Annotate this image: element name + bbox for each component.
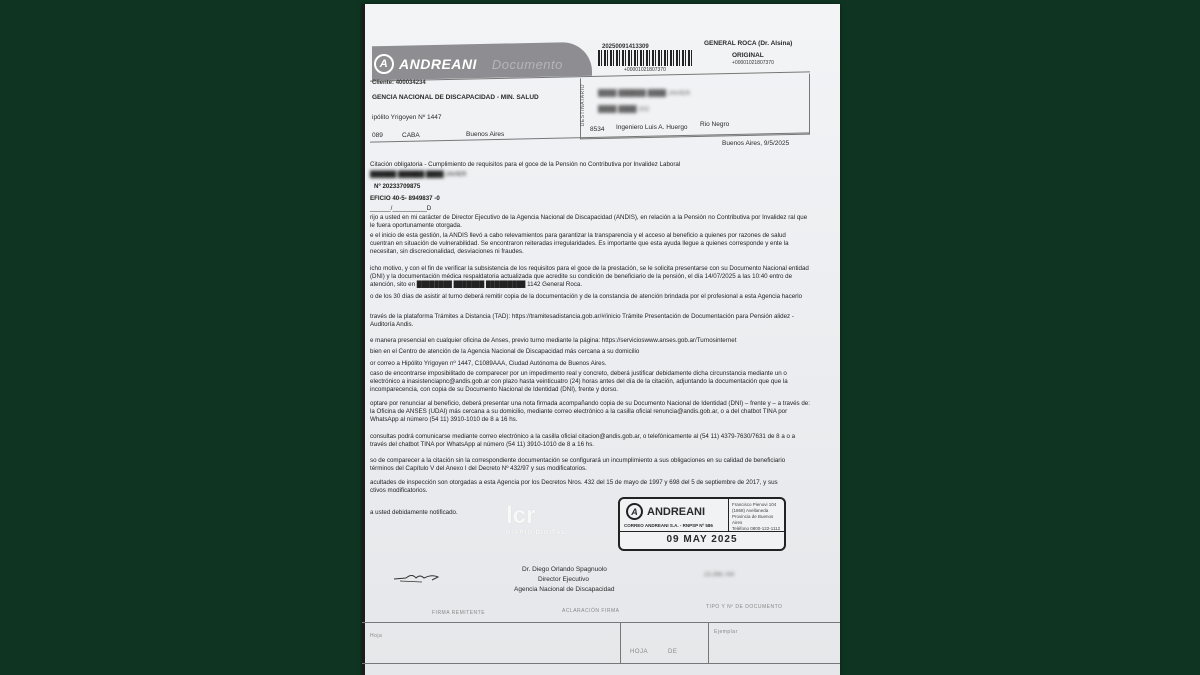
label-firma-remitente: FIRMA REMITENTE: [432, 610, 485, 616]
paragraph: icho motivo, y con el fin de verificar l…: [370, 265, 810, 290]
paragraph: e manera presencial en cualquier oficina…: [370, 337, 810, 345]
stamp-address: Francisco Pienovi 104 (1868) Avellaneda …: [732, 502, 784, 532]
stamp-rule: [620, 531, 784, 532]
stamp-brand: A ANDREANI: [626, 503, 705, 520]
footer-form: Hoja HOJA DE Ejemplar: [362, 622, 840, 664]
stamp-brand-name: ANDREANI: [647, 506, 705, 518]
branch-label: GENERAL ROCA (Dr. Alsina): [704, 40, 792, 47]
paragraph: or correo a Hipólito Yrigoyen nº 1447, C…: [370, 360, 810, 368]
date-blank: ______/__________D: [370, 205, 810, 213]
paragraph: rijo a usted en mi carácter de Director …: [370, 214, 810, 230]
stamp-date: 09 MAY 2025: [620, 534, 784, 545]
paragraph: so de comparecer a la citación sin la co…: [370, 457, 810, 473]
recipient-province: Rio Negro: [700, 121, 729, 128]
beneficio-line: EFICIO 40-5- 8949837 -0: [370, 195, 810, 203]
signature-scribble: [392, 570, 442, 584]
stamp-company: CORREO ANDREANI S.A. - RNPSP Nº 586: [624, 523, 713, 528]
footer-right-label: Ejemplar: [714, 629, 738, 635]
andreani-logo-icon: A: [626, 503, 643, 520]
andreani-logo-icon: A: [374, 54, 394, 74]
sender-postal-code: 089: [372, 132, 383, 139]
label-aclaracion-firma: ACLARACIÓN FIRMA: [562, 608, 619, 614]
barcode-bottom-number: +00001021807370: [624, 67, 666, 73]
courier-logo: A ANDREANI Documento: [374, 54, 563, 74]
client-label: Cliente:: [372, 80, 394, 86]
courier-brand: ANDREANI: [399, 56, 477, 72]
footer-page-label: HOJA: [630, 649, 648, 655]
signatory-title: Director Ejecutivo: [538, 576, 589, 583]
label-tipo-documento: TIPO Y Nº DE DOCUMENTO: [706, 604, 782, 610]
recipient-address: ████ ████ 202: [598, 106, 649, 113]
signatory-agency: Agencia Nacional de Discapacidad: [514, 586, 614, 593]
copy-label: ORIGINAL: [732, 52, 764, 59]
andreani-stamp: A ANDREANI CORREO ANDREANI S.A. - RNPSP …: [618, 497, 786, 551]
footer-of-label: DE: [668, 649, 677, 655]
paragraph: través de la plataforma Trámites a Dista…: [370, 313, 810, 329]
place-date: Buenos Aires, 9/5/2025: [722, 140, 789, 147]
addressee-name: ██████ ██████ ████ JAVIER: [370, 171, 810, 179]
recipient-name: ████ ██████ ████ JAVIER: [598, 90, 690, 97]
footer-left-label: Hoja: [370, 633, 382, 639]
doc-type: Documento: [492, 57, 563, 72]
paragraph: acultades de inspección son otorgadas a …: [370, 479, 790, 495]
sender-client-number: Cliente: 400034234: [372, 80, 426, 86]
paragraph: consultas podrá comunicarse mediante cor…: [370, 433, 810, 449]
sender-province: Buenos Aires: [466, 131, 504, 138]
recipient-locality: Ingeniero Luis A. Huergo: [616, 124, 688, 131]
sender-name: GENCIA NACIONAL DE DISCAPACIDAD - MIN. S…: [372, 94, 539, 101]
footer-divider: [620, 623, 621, 663]
paragraph: optare por renunciar al beneficio, deber…: [370, 400, 810, 425]
watermark-subtitle: DIARIO DIGITAL: [506, 530, 566, 536]
footer-divider: [708, 623, 709, 663]
paragraph: e el inicio de esta gestión, la ANDIS ll…: [370, 232, 810, 257]
document-page: A ANDREANI Documento 20250091413309 +000…: [362, 4, 840, 675]
paragraph: caso de encontrarse imposibilitado de co…: [370, 370, 810, 395]
client-number: 400034234: [396, 80, 426, 86]
paragraph: o de los 30 días de asistir al turno deb…: [370, 293, 810, 301]
sender-locality: CABA: [402, 132, 420, 139]
paragraph: bien en el Centro de atención de la Agen…: [370, 348, 810, 356]
sender-address: ipólito Yrigoyen Nº 1447: [372, 114, 441, 121]
signatory-doc-number: 23.398.764: [704, 572, 734, 578]
signatory-name: Dr. Diego Orlando Spagnuolo: [522, 566, 607, 573]
dni-line: Nº 20233709875: [374, 183, 814, 191]
barcode: [598, 50, 694, 66]
recipient-side-label: DESTINATARIO: [580, 84, 586, 126]
watermark-text: lcr: [506, 502, 535, 529]
recipient-postal-code: 8534: [590, 126, 604, 133]
stamp-address-line: Provincia de Buenos Aires: [732, 514, 784, 526]
stamp-divider: [728, 499, 729, 531]
copy-code: +00001021807370: [732, 60, 774, 66]
watermark-logo: lcr DIARIO DIGITAL: [506, 502, 566, 536]
subject-line: Citación obligatoria - Cumplimiento de r…: [370, 161, 810, 169]
